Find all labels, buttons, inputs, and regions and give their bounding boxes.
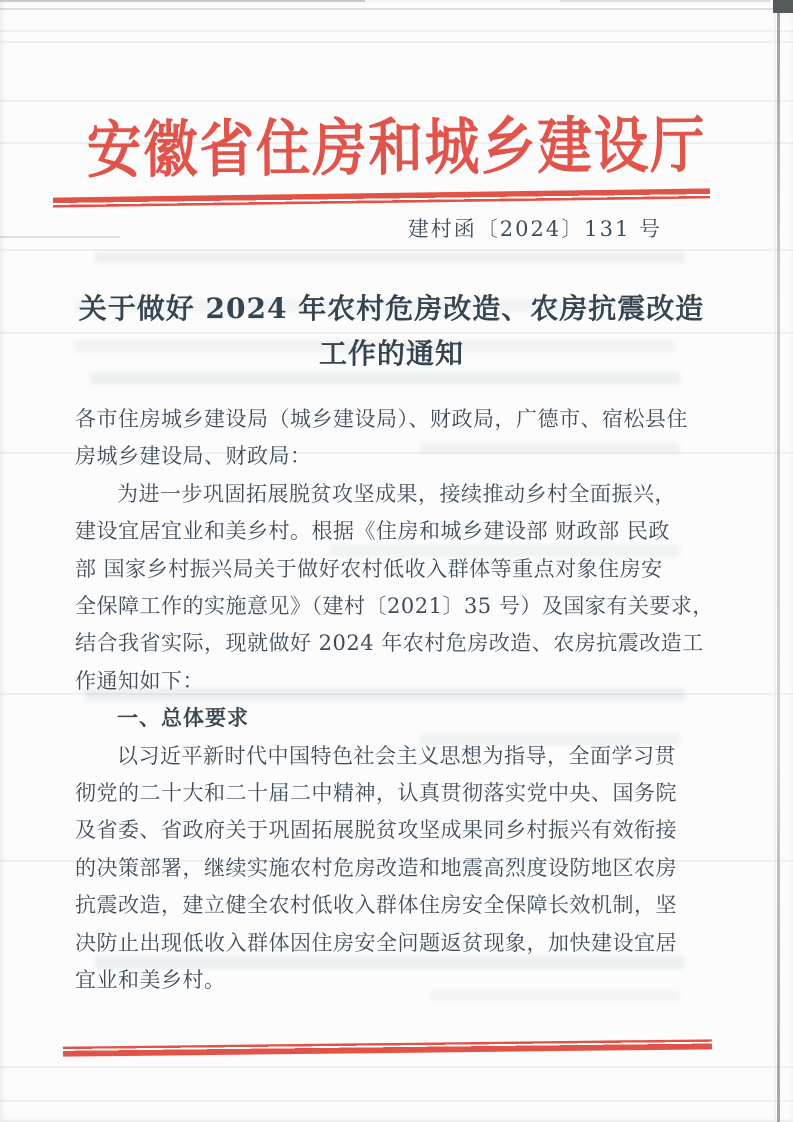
header-separator-line — [53, 188, 710, 207]
scan-line-artifact — [0, 41, 793, 43]
document-number: 建村函〔2024〕131 号 — [408, 213, 662, 243]
scan-line-artifact — [0, 249, 793, 251]
body-line: 为进一步巩固拓展脱贫攻坚成果，接续推动乡村全面振兴， — [75, 476, 681, 513]
body-line: 以习近平新时代中国特色社会主义思想为指导，全面学习贯 — [75, 738, 681, 775]
section-heading: 一、总体要求 — [75, 700, 681, 737]
body-line: 宜业和美乡村。 — [75, 962, 681, 999]
scan-line-artifact — [0, 1066, 793, 1068]
scan-top-edge-artifact — [560, 0, 770, 2]
body-line: 及省委、省政府关于巩固拓展脱贫攻坚成果同乡村振兴有效衔接 — [75, 812, 681, 849]
document-title-line: 工作的通知 — [0, 331, 783, 376]
body-line: 建设宜居宜业和美乡村。根据《住房和城乡建设部 财政部 民政 — [75, 513, 681, 550]
document-title-line: 关于做好 2024 年农村危房改造、农房抗震改造 — [0, 286, 783, 331]
body-line: 各市住房城乡建设局（城乡建设局）、财政局，广德市、宿松县住 — [75, 401, 681, 438]
body-line: 抗震改造，建立健全农村低收入群体住房安全保障长效机制，坚 — [75, 887, 681, 924]
document-title: 关于做好 2024 年农村危房改造、农房抗震改造 工作的通知 — [0, 286, 783, 376]
body-line: 全保障工作的实施意见》（建村〔2021〕35 号）及国家有关要求， — [75, 588, 681, 625]
body-line: 的决策部署，继续实施农村危房改造和地震高烈度设防地区农房 — [75, 850, 681, 887]
body-line: 彻党的二十大和二十届二中精神，认真贯彻落实党中央、国务院 — [75, 775, 681, 812]
body-line: 部 国家乡村振兴局关于做好农村低收入群体等重点对象住房安 — [75, 551, 681, 588]
body-line: 决防止出现低收入群体因住房安全问题返贫现象，加快建设宜居 — [75, 925, 681, 962]
scan-line-artifact — [0, 1100, 793, 1102]
scan-line-artifact — [0, 8, 793, 10]
body-line: 结合我省实际，现就做好 2024 年农村危房改造、农房抗震改造工 — [75, 625, 681, 662]
scan-corner-artifact — [773, 0, 793, 13]
bleed-through-artifact — [95, 252, 685, 263]
body-line: 房城乡建设局、财政局： — [75, 438, 681, 475]
scan-edge-highlight — [774, 0, 776, 1122]
scan-line-artifact — [0, 30, 793, 32]
scan-edge-line — [777, 0, 780, 1122]
document-body: 各市住房城乡建设局（城乡建设局）、财政局，广德市、宿松县住 房城乡建设局、财政局… — [75, 401, 681, 1000]
scan-line-artifact — [0, 236, 120, 238]
agency-name: 安徽省住房和城乡建设厅 — [47, 95, 746, 190]
body-line: 作通知如下： — [75, 663, 681, 700]
scan-top-edge-artifact — [0, 0, 365, 2]
scanned-document-page: 安徽省住房和城乡建设厅 建村函〔2024〕131 号 关于做好 2024 年农村… — [0, 0, 793, 1122]
footer-separator-line — [63, 1039, 712, 1056]
